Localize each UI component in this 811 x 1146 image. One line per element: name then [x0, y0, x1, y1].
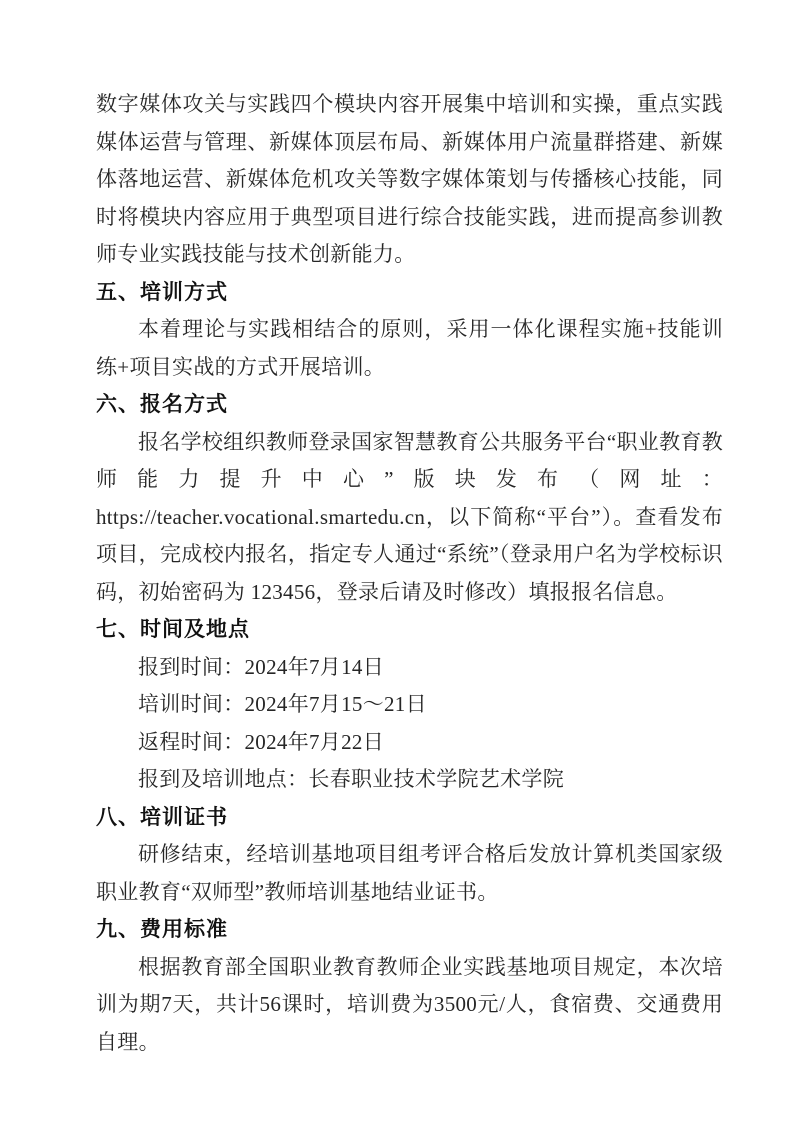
schedule-line-checkin-time: 报到时间：2024年7月14日 [96, 649, 723, 687]
section-body-training-method: 本着理论与实践相结合的原则，采用一体化课程实施+技能训练+项目实战的方式开展培训… [96, 311, 723, 386]
intro-continuation-paragraph: 数字媒体攻关与实践四个模块内容开展集中培训和实操，重点实践媒体运营与管理、新媒体… [96, 86, 723, 274]
schedule-line-return-time: 返程时间：2024年7月22日 [96, 724, 723, 762]
schedule-list: 报到时间：2024年7月14日 培训时间：2024年7月15～21日 返程时间：… [96, 649, 723, 799]
section-heading-fee-standard: 九、费用标准 [96, 911, 723, 949]
section-heading-training-certificate: 八、培训证书 [96, 799, 723, 837]
schedule-line-training-time: 培训时间：2024年7月15～21日 [96, 686, 723, 724]
section-body-fee-standard: 根据教育部全国职业教育教师企业实践基地项目规定，本次培训为期7天，共计56课时，… [96, 949, 723, 1062]
document-page: 数字媒体攻关与实践四个模块内容开展集中培训和实操，重点实践媒体运营与管理、新媒体… [0, 0, 811, 1146]
schedule-line-location: 报到及培训地点：长春职业技术学院艺术学院 [96, 761, 723, 799]
section-heading-registration-method: 六、报名方式 [96, 386, 723, 424]
section-heading-time-and-place: 七、时间及地点 [96, 611, 723, 649]
section-body-training-certificate: 研修结束，经培训基地项目组考评合格后发放计算机类国家级职业教育“双师型”教师培训… [96, 836, 723, 911]
section-heading-training-method: 五、培训方式 [96, 274, 723, 312]
section-body-registration-method: 报名学校组织教师登录国家智慧教育公共服务平台“职业教育教师能力提升中心”版块发布… [96, 424, 723, 612]
document-content: 数字媒体攻关与实践四个模块内容开展集中培训和实操，重点实践媒体运营与管理、新媒体… [96, 86, 723, 1061]
